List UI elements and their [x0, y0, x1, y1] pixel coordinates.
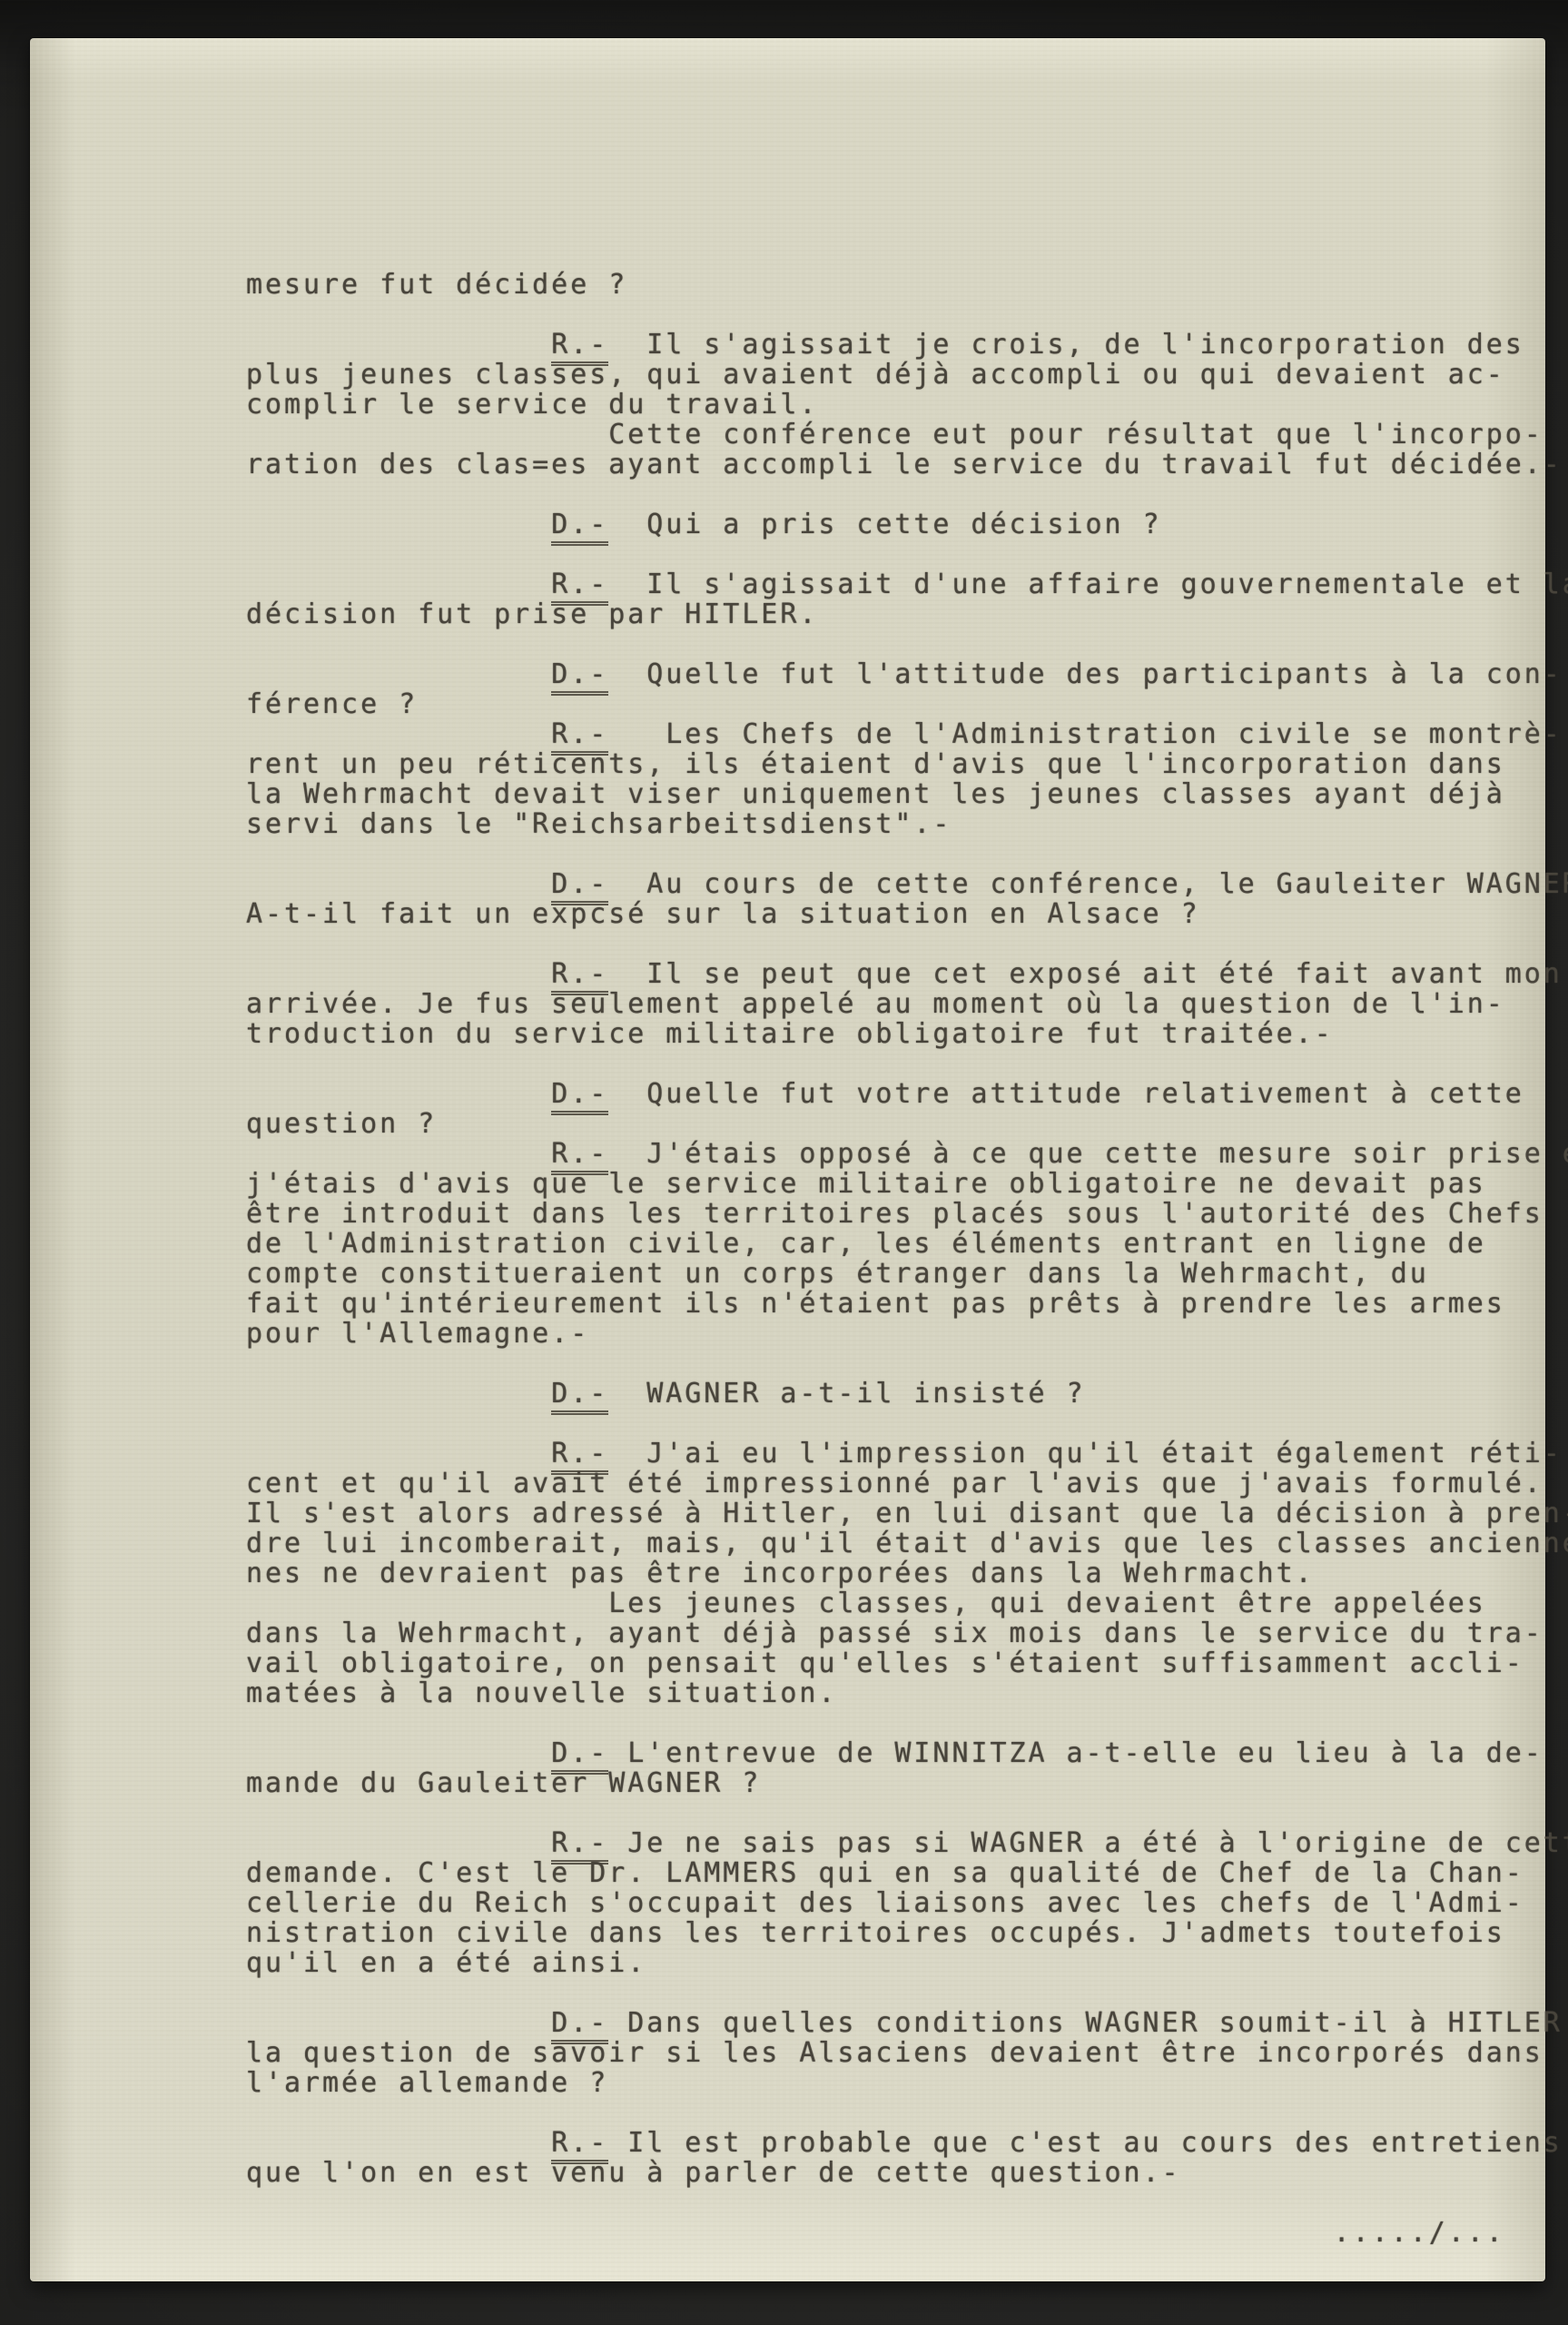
indent: [246, 868, 551, 900]
indent: [246, 1737, 551, 1769]
qa-paragraph: D.- Qui a pris cette décision ?: [246, 510, 1527, 539]
qa-paragraph: R.- Il s'agissait d'une affaire gouverne…: [246, 569, 1527, 629]
paragraph-text: ...../...: [1334, 2217, 1505, 2249]
indent: [246, 1588, 608, 1619]
indent: [246, 419, 608, 450]
indent: [246, 2127, 551, 2159]
paragraph-text: Qui a pris cette décision ?: [608, 509, 1161, 540]
qa-paragraph: R.- Les Chefs de l'Administration civile…: [246, 719, 1527, 839]
qa-paragraph: D.- Quelle fut l'attitude des participan…: [246, 659, 1527, 719]
indent: [246, 1827, 551, 1859]
qa-paragraph: R.- J'ai eu l'impression qu'il était éga…: [246, 1439, 1527, 1588]
paragraph-text: WAGNER a-t-il insisté ?: [608, 1378, 1085, 1410]
paragraph: Cette conférence eut pour résultat que l…: [246, 420, 1527, 480]
speaker-marker: D.-: [551, 658, 608, 696]
qa-paragraph: R.- Il est probable que c'est au cours d…: [246, 2128, 1527, 2188]
speaker-marker: D.-: [551, 509, 608, 546]
indent: [246, 1078, 551, 1110]
paragraph-text: J'étais opposé à ce que cette mesure soi…: [246, 1138, 1568, 1350]
qa-paragraph: R.- J'étais opposé à ce que cette mesure…: [246, 1139, 1527, 1349]
paragraph: Les jeunes classes, qui devaient être ap…: [246, 1588, 1527, 1708]
qa-paragraph: D.- Dans quelles conditions WAGNER soumi…: [246, 2008, 1527, 2098]
paragraph: ...../...: [246, 2218, 1527, 2248]
indent: [246, 569, 551, 600]
qa-paragraph: R.- Il s'agissait je crois, de l'incorpo…: [246, 330, 1527, 420]
indent: [246, 718, 551, 750]
qa-paragraph: D.- L'entrevue de WINNITZA a-t-elle eu l…: [246, 1738, 1527, 1798]
qa-paragraph: R.- Il se peut que cet exposé ait été fa…: [246, 959, 1527, 1049]
indent: [246, 2217, 1334, 2249]
indent: [246, 1378, 551, 1410]
indent: [246, 509, 551, 540]
document-text: mesure fut décidée ? R.- Il s'agissait j…: [246, 270, 1527, 2248]
indent: [246, 958, 551, 990]
qa-paragraph: D.- WAGNER a-t-il insisté ?: [246, 1379, 1527, 1409]
qa-paragraph: R.- Je ne sais pas si WAGNER a été à l'o…: [246, 1828, 1527, 1978]
indent: [246, 658, 551, 690]
speaker-marker: D.-: [551, 1078, 608, 1115]
qa-paragraph: D.- Quelle fut votre attitude relativeme…: [246, 1079, 1527, 1139]
indent: [246, 2007, 551, 2039]
qa-paragraph: D.- Au cours de cette conférence, le Gau…: [246, 869, 1527, 929]
paragraph: mesure fut décidée ?: [246, 270, 1527, 300]
indent: [246, 1438, 551, 1469]
document-page: mesure fut décidée ? R.- Il s'agissait j…: [30, 38, 1545, 2281]
paragraph-text: mesure fut décidée ?: [246, 269, 627, 301]
speaker-marker: D.-: [551, 1378, 608, 1415]
indent: [246, 1138, 551, 1170]
indent: [246, 329, 551, 361]
